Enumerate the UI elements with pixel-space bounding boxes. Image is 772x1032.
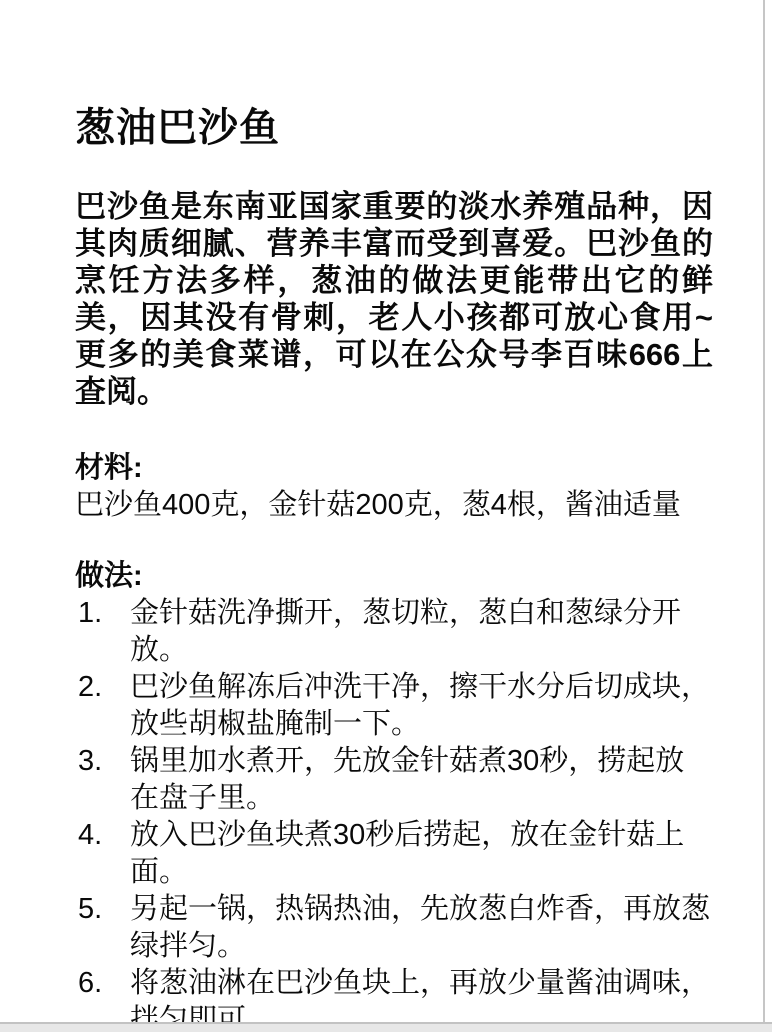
- viewer-bottom-strip: [0, 1022, 772, 1032]
- intro-paragraph: 巴沙鱼是东南亚国家重要的淡水养殖品种，因其肉质细腻、营养丰富而受到喜爱。巴沙鱼的…: [75, 188, 713, 410]
- step-item: 巴沙鱼解冻后冲洗干净，擦干水分后切成块，放些胡椒盐腌制一下。: [130, 669, 713, 743]
- steps-list: 金针菇洗净撕开，葱切粒，葱白和葱绿分开放。 巴沙鱼解冻后冲洗干净，擦干水分后切成…: [75, 595, 713, 1032]
- page-surface: 葱油巴沙鱼 巴沙鱼是东南亚国家重要的淡水养殖品种，因其肉质细腻、营养丰富而受到喜…: [0, 0, 765, 1022]
- step-item: 放入巴沙鱼块煮30秒后捞起，放在金针菇上面。: [130, 817, 713, 891]
- ingredients-heading: 材料:: [75, 450, 713, 487]
- ingredients-text: 巴沙鱼400克，金针菇200克，葱4根，酱油适量: [75, 487, 713, 524]
- document-viewport: 葱油巴沙鱼 巴沙鱼是东南亚国家重要的淡水养殖品种，因其肉质细腻、营养丰富而受到喜…: [0, 0, 772, 1032]
- page-title: 葱油巴沙鱼: [75, 104, 713, 152]
- ingredients-section: 材料: 巴沙鱼400克，金针菇200克，葱4根，酱油适量: [75, 450, 713, 524]
- steps-section: 做法: 金针菇洗净撕开，葱切粒，葱白和葱绿分开放。 巴沙鱼解冻后冲洗干净，擦干水…: [75, 558, 713, 1032]
- step-item: 金针菇洗净撕开，葱切粒，葱白和葱绿分开放。: [130, 595, 713, 669]
- steps-heading: 做法:: [75, 558, 713, 595]
- recipe-content: 葱油巴沙鱼 巴沙鱼是东南亚国家重要的淡水养殖品种，因其肉质细腻、营养丰富而受到喜…: [0, 0, 763, 1032]
- step-item: 另起一锅，热锅热油，先放葱白炸香，再放葱绿拌匀。: [130, 891, 713, 965]
- step-item: 锅里加水煮开，先放金针菇煮30秒，捞起放在盘子里。: [130, 743, 713, 817]
